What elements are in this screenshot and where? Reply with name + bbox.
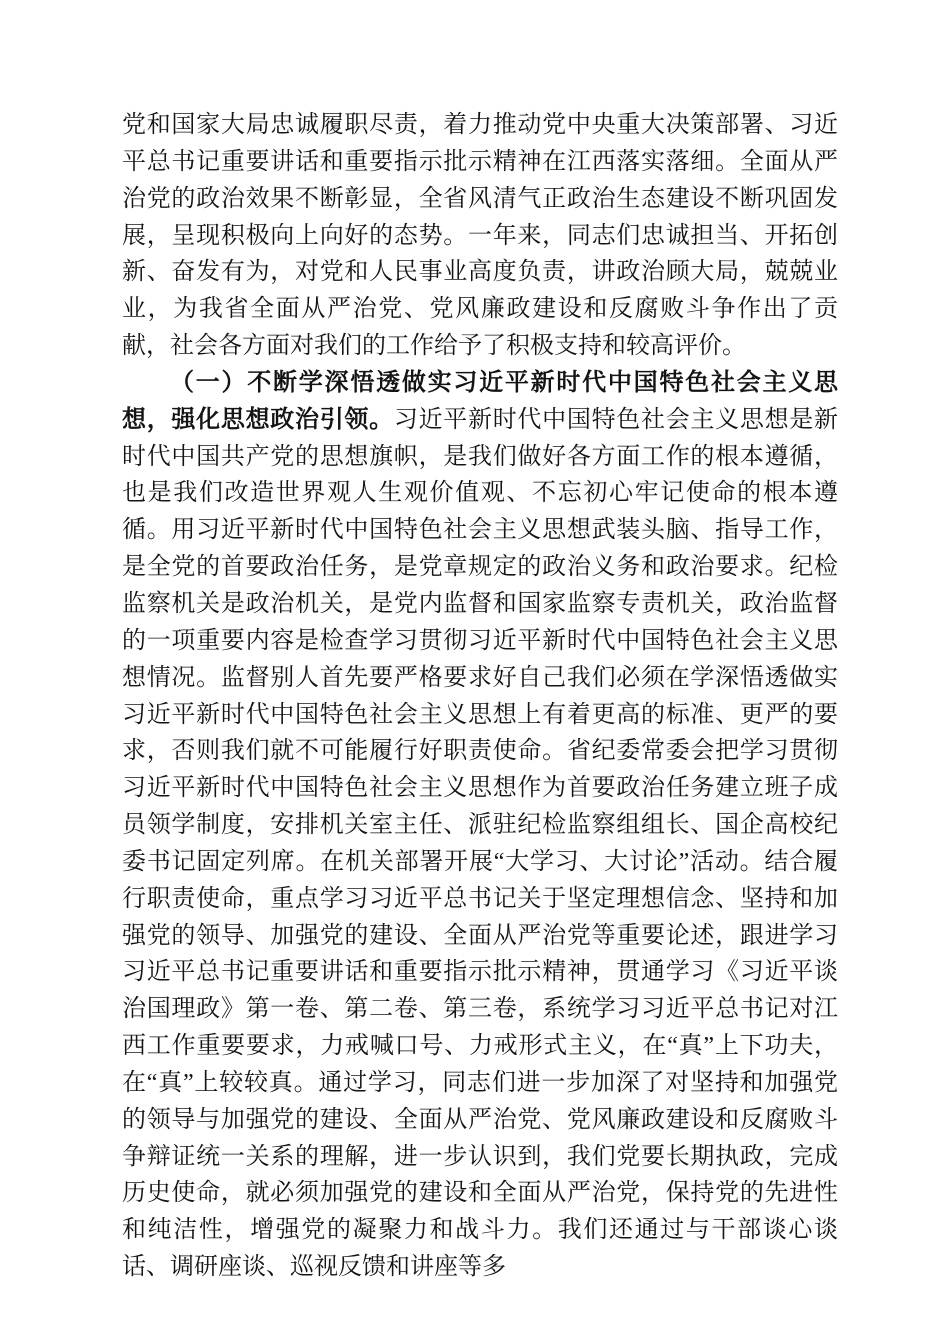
section-1-body-text: 习近平新时代中国特色社会主义思想是新时代中国共产党的思想旗帜，是我们做好各方面工… [122,407,838,1280]
paragraph-continuation-text: 党和国家大局忠诚履职尽责，着力推动党中央重大决策部署、习近平总书记重要讲话和重要… [122,112,838,359]
document-page: 党和国家大局忠诚履职尽责，着力推动党中央重大决策部署、习近平总书记重要讲话和重要… [0,0,950,1344]
paragraph-continuation: 党和国家大局忠诚履职尽责，着力推动党中央重大决策部署、习近平总书记重要讲话和重要… [122,107,838,365]
paragraph-section-1: （一）不断学深悟透做实习近平新时代中国特色社会主义思想，强化思想政治引领。习近平… [122,365,838,1286]
